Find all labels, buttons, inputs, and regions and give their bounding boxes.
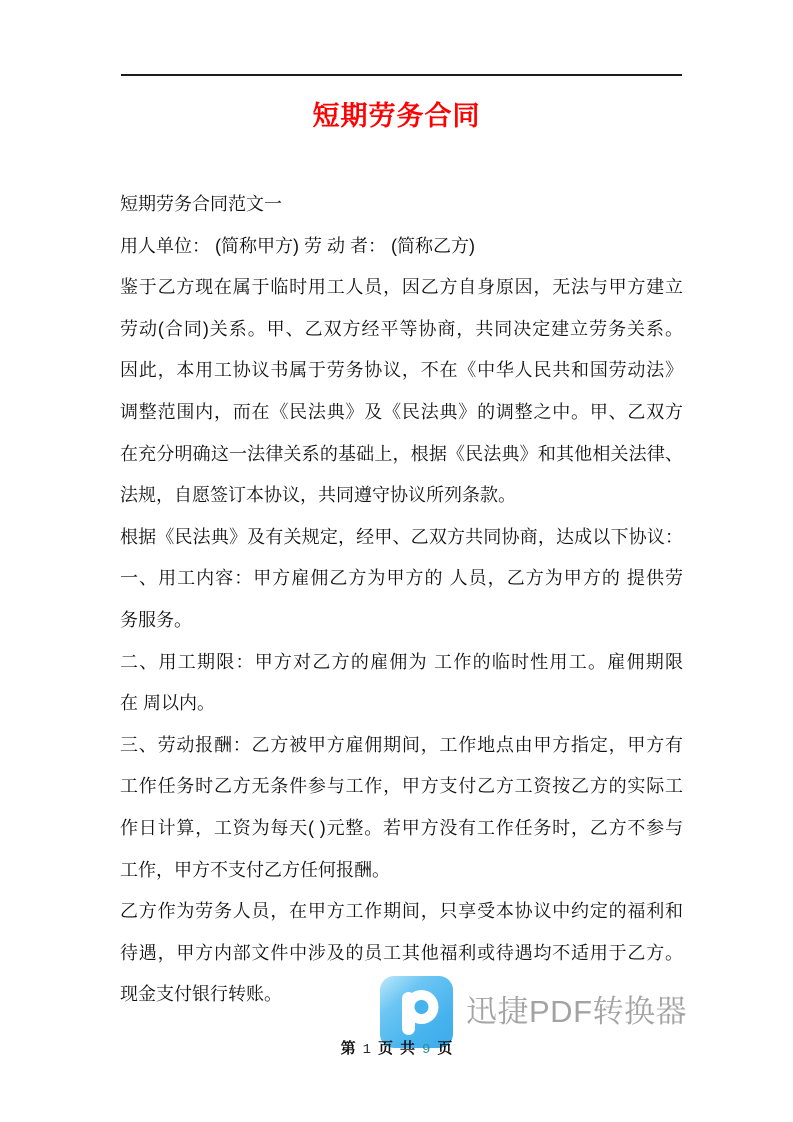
- text-line: 在 周以内。: [120, 683, 683, 725]
- footer-suffix: 页: [437, 1037, 452, 1058]
- total-page-number: 9: [422, 1042, 430, 1058]
- header-rule: [121, 74, 682, 76]
- document-title: 短期劳务合同: [0, 98, 793, 134]
- text-line: 作日计算，工资为每天( )元整。若甲方没有工作任务时，乙方不参与: [120, 808, 683, 850]
- text-line: 乙方作为劳务人员，在甲方工作期间，只享受本协议中约定的福利和: [120, 891, 683, 933]
- text-line: 调整范围内，而在《民法典》及《民法典》的调整之中。甲、乙双方: [120, 392, 683, 434]
- footer-page-label: 页: [378, 1037, 393, 1058]
- text-line: 务服务。: [120, 600, 683, 642]
- text-line: 因此，本用工协议书属于劳务协议，不在《中华人民共和国劳动法》: [120, 350, 683, 392]
- text-line: 短期劳务合同范文一: [120, 184, 683, 226]
- current-page-number: 1: [363, 1042, 371, 1058]
- text-line: 鉴于乙方现在属于临时用工人员，因乙方自身原因，无法与甲方建立: [120, 267, 683, 309]
- footer-prefix: 第: [341, 1037, 356, 1058]
- text-line: 工作，甲方不支付乙方任何报酬。: [120, 850, 683, 892]
- text-line: 在充分明确这一法律关系的基础上，根据《民法典》和其他相关法律、: [120, 434, 683, 476]
- text-line: 劳动(合同)关系。甲、乙双方经平等协商，共同决定建立劳务关系。: [120, 309, 683, 351]
- document-page: 短期劳务合同 短期劳务合同范文一用人单位： (简称甲方) 劳 动 者： (简称乙…: [0, 0, 793, 1122]
- page-number-footer: 第 1 页 共 9 页: [341, 1037, 453, 1058]
- text-line: 根据《民法典》及有关规定，经甲、乙双方共同协商，达成以下协议：: [120, 517, 683, 559]
- text-line: 二、用工期限：甲方对乙方的雇佣为 工作的临时性用工。雇佣期限: [120, 642, 683, 684]
- converter-brand-text: 迅捷PDF转换器: [466, 995, 687, 1029]
- document-body: 短期劳务合同范文一用人单位： (简称甲方) 劳 动 者： (简称乙方)鉴于乙方现…: [120, 184, 683, 1016]
- text-line: 法规，自愿签订本协议，共同遵守协议所列条款。: [120, 475, 683, 517]
- text-line: 工作任务时乙方无条件参与工作，甲方支付乙方工资按乙方的实际工: [120, 766, 683, 808]
- text-line: 用人单位： (简称甲方) 劳 动 者： (简称乙方): [120, 226, 683, 268]
- text-line: 三、劳动报酬：乙方被甲方雇佣期间，工作地点由甲方指定，甲方有: [120, 725, 683, 767]
- footer-total-label: 共: [400, 1037, 415, 1058]
- text-line: 一、用工内容：甲方雇佣乙方为甲方的 人员，乙方为甲方的 提供劳: [120, 558, 683, 600]
- text-line: 待遇，甲方内部文件中涉及的员工其他福利或待遇均不适用于乙方。: [120, 933, 683, 975]
